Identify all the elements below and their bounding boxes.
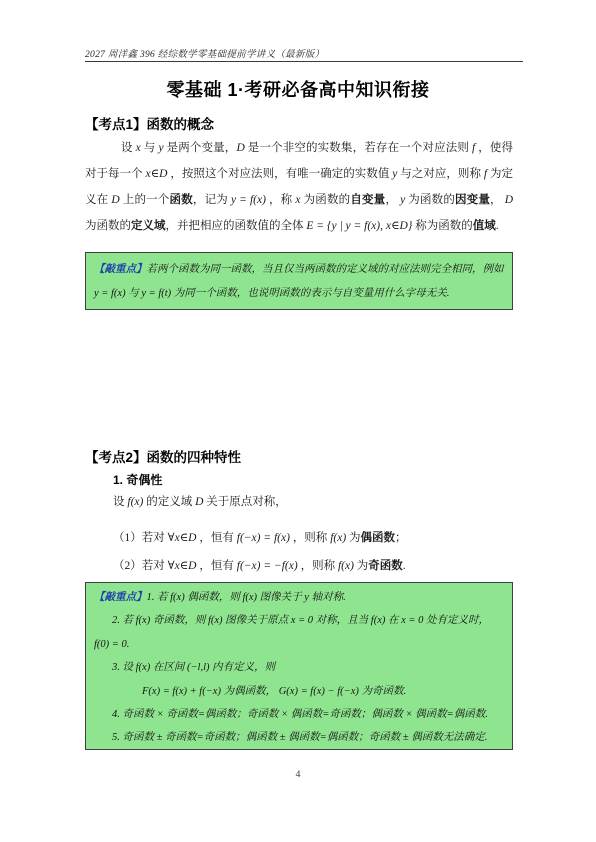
section-heading-kaodian2: 【考点2】函数的四种特性 <box>85 446 241 466</box>
keypoint-line: 5. 奇函数 ± 奇函数=奇函数；偶函数 ± 偶函数=偶函数；奇函数 ± 偶函数… <box>94 726 504 749</box>
keypoint-line: 3. 设 f(x) 在区间 (−l,l) 内有定义，则 <box>94 656 504 679</box>
keypoint-line: y = f(x) 与 y = f(t) 为同一个函数，也说明函数的表示与自变量用… <box>94 282 504 306</box>
subsection-heading-parity: 1. 奇偶性 <box>113 471 162 488</box>
keypoint-line: 【敲重点】1. 若 f(x) 偶函数，则 f(x) 图像关于 y 轴对称. <box>94 586 504 609</box>
keypoint-line: 若两个函数为同一函数，当且仅当两函数的定义域的对应法则完全相同，例如 <box>147 264 504 275</box>
keypoint-box-1: 【敲重点】若两个函数为同一函数，当且仅当两函数的定义域的对应法则完全相同，例如 … <box>85 252 513 310</box>
page-number: 4 <box>0 770 596 780</box>
keypoint-line: 2. 若 f(x) 奇函数，则 f(x) 图像关于原点 x = 0 对称，且当 … <box>94 609 504 656</box>
page-title: 零基础 1·考研必备高中知识衔接 <box>0 76 596 102</box>
odd-function-definition: （2）若对 ∀x∈D ，恒有 f(−x) = −f(x) ，则称 f(x) 为奇… <box>113 557 513 573</box>
header-divider <box>85 61 523 62</box>
function-definition-paragraph: 设 x 与 y 是两个变量，D 是一个非空的实数集，若存在一个对应法则 f ，使… <box>85 135 513 239</box>
keypoint-box-2: 【敲重点】1. 若 f(x) 偶函数，则 f(x) 图像关于 y 轴对称. 2.… <box>85 582 513 750</box>
keypoint-label: 【敲重点】 <box>94 264 147 275</box>
document-page: 2027 周洋鑫 396 经综数学零基础提前学讲义（最新版） 零基础 1·考研必… <box>0 0 596 842</box>
even-function-definition: （1）若对 ∀x∈D ，恒有 f(−x) = f(x) ，则称 f(x) 为偶函… <box>113 529 513 545</box>
keypoint-label: 【敲重点】 <box>94 592 147 603</box>
keypoint-line: 4. 奇函数 × 奇函数=偶函数；奇函数 × 偶函数=奇函数；偶函数 × 偶函数… <box>94 703 504 726</box>
section-heading-kaodian1: 【考点1】函数的概念 <box>85 113 214 133</box>
keypoint-formula-line: F(x) = f(x) + f(−x) 为偶函数， G(x) = f(x) − … <box>94 680 504 703</box>
header-running-title: 2027 周洋鑫 396 经综数学零基础提前学讲义（最新版） <box>85 46 324 60</box>
parity-intro-line: 设 f(x) 的定义域 D 关于原点对称， <box>113 493 513 509</box>
